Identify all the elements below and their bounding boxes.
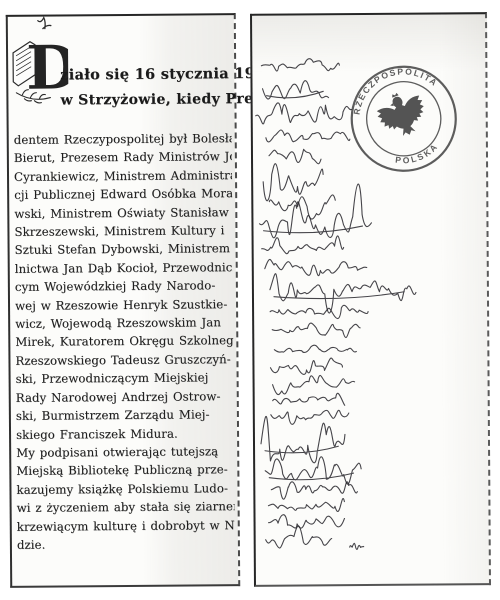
signature (270, 273, 416, 314)
body-text-line: Rady Narodowej Andrzej Ostrow- (16, 387, 234, 407)
body-text-line: dzie. (17, 534, 235, 554)
signature (273, 375, 355, 394)
page-left: D ziało się 16 stycznia 1949 r. w Strzyż… (6, 13, 240, 588)
signature (268, 498, 344, 511)
scanned-document: D ziało się 16 stycznia 1949 r. w Strzyż… (0, 0, 500, 600)
signature-layer: RZECZPOSPOLITA POLSKA (252, 14, 489, 585)
heading: ziało się 16 stycznia 1949 r. w Strzyżow… (60, 65, 232, 108)
body-text-line: Sztuki Stefan Dybowski, Ministrem Ro- (15, 240, 233, 260)
signature (265, 456, 361, 484)
signature (266, 526, 332, 548)
signature (350, 543, 364, 549)
body-text-line: Miejską Bibliotekę Publiczną prze- (16, 460, 234, 480)
body-text-line: skiego Franciszek Midura. (16, 424, 234, 444)
body-text-line: krzewiącym kulturę i dobrobyt w Naro- (17, 516, 235, 536)
signature (270, 305, 368, 319)
body-text-line: wski, Ministrem Oświaty Stanisław (14, 203, 232, 223)
body-text-line: wej w Rzeszowie Henryk Szustkie- (15, 295, 233, 315)
body-text-line: My podpisani otwierając tutejszą (16, 442, 234, 462)
signature (269, 149, 321, 164)
heading-line-1: ziało się 16 stycznia 1949 r. (60, 65, 232, 83)
body-text-line: wi z życzeniem aby stała się ziarnem (17, 497, 235, 517)
body-text-line: Cyrankiewicz, Ministrem Administra- (14, 166, 232, 186)
body-text-line: cym Wojewódzkiej Rady Narodo- (15, 276, 233, 296)
eagle-icon (372, 85, 432, 143)
body-text-line: cji Publicznej Edward Osóbka Mora- (14, 184, 232, 204)
signature (265, 259, 367, 276)
signature (269, 514, 345, 528)
body-text-line: dentem Rzeczypospolitej był Bolesław (14, 129, 232, 149)
body-text-line: Skrzeszewski, Ministrem Kultury i (14, 221, 232, 241)
svg-text:POLSKA: POLSKA (392, 139, 443, 171)
signature (262, 236, 344, 254)
signature (263, 163, 323, 200)
body-text-line: ski, Przewodniczącym Miejskiej (16, 368, 234, 388)
body-text: dentem Rzeczypospolitej był BolesławBier… (14, 129, 235, 554)
body-text-line: Rzeszowskiego Tadeusz Gruszczyń- (15, 350, 233, 370)
signature (273, 393, 345, 406)
signature (270, 358, 342, 375)
page-right: RZECZPOSPOLITA POLSKA (250, 12, 491, 587)
signature (256, 102, 352, 124)
body-text-line: ski, Burmistrzem Zarządu Miej- (16, 405, 234, 425)
body-text-line: kazujemy książkę Polskiemu Ludo- (16, 479, 234, 499)
signature (262, 80, 328, 99)
signature (271, 410, 349, 424)
signature (272, 323, 360, 338)
heading-line-2: w Strzyżowie, kiedy Prezy- (60, 91, 232, 108)
signature (261, 58, 339, 71)
signature (274, 345, 356, 353)
stamp-text-bottom: POLSKA (392, 139, 443, 171)
body-text-line: lnictwa Jan Dąb Kocioł, Przewodniczą- (15, 258, 233, 278)
signature (261, 416, 345, 463)
official-stamp: RZECZPOSPOLITA POLSKA (337, 52, 471, 186)
signature (271, 481, 357, 499)
body-text-line: Bierut, Prezesem Rady Ministrów Józef (14, 148, 232, 168)
signature (259, 184, 371, 238)
signature (266, 130, 350, 142)
body-text-line: wicz, Wojewodą Rzeszowskim Jan (15, 313, 233, 333)
ornament-flourish (38, 18, 51, 29)
body-text-line: Mirek, Kuratorem Okręgu Szkolnego (15, 332, 233, 352)
